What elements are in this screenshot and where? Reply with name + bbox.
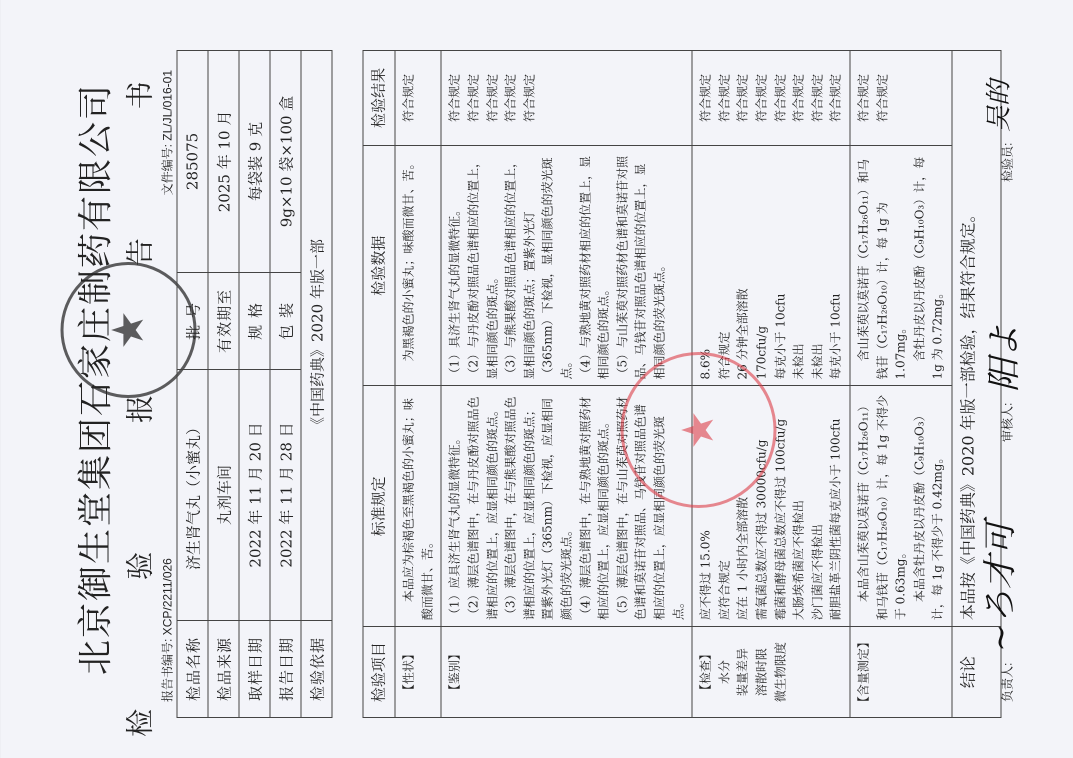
data-text: 每克小于 10cfu [826, 152, 845, 380]
section-row: 【性状】本品应为棕褐色至黑褐色的小蜜丸；味酸而微甘、苦。为黑褐色的小蜜丸；味酸而… [395, 51, 441, 718]
result-cell: 符合规定符合规定符合规定符合规定符合规定符合规定符合规定符合规定 [692, 51, 850, 146]
result-text: 符合规定 [771, 57, 790, 139]
document-title: 检 验 报 告 书 [118, 0, 158, 758]
result-text: 符合规定 [696, 57, 715, 139]
data-text: 170cfu/g [752, 152, 771, 380]
data-text: （2）与丹皮酚对照品色谱相应的位置上，显相同颜色的斑点。 [464, 152, 501, 380]
section-name: 【鉴别】 [445, 633, 464, 711]
result-cell: 符合规定符合规定符合规定符合规定符合规定 [441, 51, 692, 146]
standard-text: 应不得过 15.0% [696, 393, 715, 621]
file-number-value: ZL/JL/016-01 [160, 70, 174, 141]
data-cell: 8.6%符合规定26 分钟全部溶散170cfu/g每克小于 10cfu未检出未检… [692, 145, 850, 386]
standard-text: （4）薄层色谱图中，在与熟地黄对照药材相应的位置上，应显相同颜色的斑点。 [576, 393, 613, 621]
result-text: 符合规定 [399, 57, 418, 139]
result-text: 符合规定 [483, 57, 502, 139]
standard-text: 耐胆盐革兰阴性菌每克应小于 100cfu [826, 393, 845, 621]
basis-value: 《中国药典》2020 年版一部 [301, 51, 332, 621]
inspection-sections: 【性状】本品应为棕褐色至黑褐色的小蜜丸；味酸而微甘、苦。为黑褐色的小蜜丸；味酸而… [395, 51, 952, 718]
data-text: 未检出 [789, 152, 808, 380]
result-text: 符合规定 [445, 57, 464, 139]
section-row: 【含量测定】本品含山茱萸以莫诺苷（C₁₇H₂₆O₁₁）和马钱苷（C₁₇H₂₆O₁… [849, 51, 951, 718]
data-text: 含山茱萸以莫诺苷（C₁₇H₂₆O₁₁）和马钱苷（C₁₇H₂₆O₁₀）计，每 1g… [854, 152, 910, 380]
batch-label: 批 号 [177, 272, 208, 369]
header-result: 检验结果 [363, 51, 395, 146]
item-label: 装量差异 [733, 633, 752, 711]
expiry-label: 有效期至 [208, 272, 239, 369]
data-text: 每克小于 10cfu [771, 152, 790, 380]
reviewer-signature: 阳よ [976, 324, 1025, 392]
section-label-cell: 【检查】水分装量差异溶散时限微生物限度 [692, 627, 850, 718]
data-text: （5）与山茱萸对照药材色谱和莫诺苷对照品、马钱苷对照品色谱相应的位置上，显相同颜… [613, 152, 669, 380]
data-cell: 为黑褐色的小蜜丸；味酸而微甘、苦。 [395, 145, 441, 386]
responsible-signature: ~ろ才可 [972, 522, 1021, 653]
header-standard: 标准规定 [363, 386, 395, 627]
data-text: （3）与熊果酸对照品色谱相应的位置上，显相同颜色的斑点；置紫外光灯（365nm）… [501, 152, 575, 380]
inspector-signature: 吴的 [978, 80, 1015, 132]
batch-value: 285075 [177, 51, 208, 273]
data-text: 未检出 [808, 152, 827, 380]
result-cell: 符合规定 [395, 51, 441, 146]
spec-label: 规 格 [239, 272, 270, 369]
standard-text: 本品应为棕褐色至黑褐色的小蜜丸；味酸而微甘、苦。 [399, 393, 436, 621]
data-cell: （1）具济生肾气丸的显微特征。（2）与丹皮酚对照品色谱相应的位置上，显相同颜色的… [441, 145, 692, 386]
result-text: 符合规定 [808, 57, 827, 139]
report-number-value: XCP/2211/026 [160, 558, 174, 635]
section-label-cell: 【性状】 [395, 627, 441, 718]
result-text: 符合规定 [789, 57, 808, 139]
section-label-cell: 【含量测定】 [849, 627, 951, 718]
standard-text: 霉菌和酵母菌总数应不得过 100cfu/g [771, 393, 790, 621]
result-text: 符合规定 [464, 57, 483, 139]
inspector-label: 检验员: [998, 143, 1015, 182]
expiry-value: 2025 年 10 月 [208, 51, 239, 273]
section-name: 【含量测定】 [854, 633, 873, 711]
result-text: 符合规定 [854, 57, 873, 139]
standard-text: （5）薄层色谱图中，在与山茱萸对照药材色谱和莫诺苷对照品、马钱苷对照品色谱相应的… [613, 393, 687, 621]
report-page: 北京御生堂集团石家庄制药有限公司 检 验 报 告 书 ★ 报告书编号: XCP/… [0, 0, 1073, 758]
data-text: 符合规定 [715, 152, 734, 380]
product-name-value: 济生肾气丸（小蜜丸） [177, 369, 208, 620]
info-table: 检品名称 济生肾气丸（小蜜丸） 批 号 285075 检品来源 丸剂车间 有效期… [176, 50, 332, 718]
responsible-label: 负责人: [998, 663, 1015, 702]
item-label: 溶散时限 [752, 633, 771, 711]
section-label-cell: 【鉴别】 [441, 627, 692, 718]
data-text: 为黑褐色的小蜜丸；味酸而微甘、苦。 [399, 152, 418, 380]
basis-label: 检验依据 [301, 621, 332, 718]
header-data: 检验数据 [363, 145, 395, 386]
standard-text: 应在 1 小时内全部溶散 [733, 393, 752, 621]
result-text: 符合规定 [520, 57, 539, 139]
standard-text: （3）薄层色谱图中，在与熊果酸对照品色谱相应的位置上，应显相同颜色的斑点；置紫外… [501, 393, 575, 621]
result-text: 符合规定 [715, 57, 734, 139]
data-text: 含牡丹皮以丹皮酚（C₉H₁₀O₃）计，每 1g 为 0.72mg。 [910, 152, 947, 380]
report-number: 报告书编号: XCP/2211/026 [158, 558, 175, 702]
file-number: 文件编号: ZL/JL/016-01 [158, 70, 175, 195]
item-label: 微生物限度 [771, 633, 790, 711]
result-text: 符合规定 [752, 57, 771, 139]
company-title: 北京御生堂集团石家庄制药有限公司 [68, 0, 118, 758]
standard-cell: 本品应为棕褐色至黑褐色的小蜜丸；味酸而微甘、苦。 [395, 386, 441, 627]
standard-cell: 应不得过 15.0%应符合规定应在 1 小时内全部溶散需氧菌总数应不得过 300… [692, 386, 850, 627]
standard-text: 大肠埃希菌应不得检出 [789, 393, 808, 621]
standard-text: （1）应具济生肾气丸的显微特征。 [445, 393, 464, 621]
result-cell: 符合规定符合规定 [849, 51, 951, 146]
result-text: 符合规定 [733, 57, 752, 139]
section-name: 【检查】 [696, 633, 715, 711]
data-text: 26 分钟全部溶散 [733, 152, 752, 380]
section-name: 【性状】 [399, 633, 418, 711]
result-text: 符合规定 [873, 57, 892, 139]
result-text: 符合规定 [826, 57, 845, 139]
data-text: （1）具济生肾气丸的显微特征。 [445, 152, 464, 380]
report-date-value: 2022 年 11 月 28 日 [270, 369, 301, 620]
report-number-label: 报告书编号: [160, 639, 174, 702]
standard-text: 沙门菌应不得检出 [808, 393, 827, 621]
report-date-label: 报告日期 [270, 621, 301, 718]
package-value: 9g×10 袋×100 盒 [270, 51, 301, 273]
sampling-date-label: 取样日期 [239, 621, 270, 718]
standard-cell: （1）应具济生肾气丸的显微特征。（2）薄层色谱图中，在与丹皮酚对照品色谱相应的位… [441, 386, 692, 627]
standard-text: 本品含山茱萸以莫诺苷（C₁₇H₂₆O₁₁）和马钱苷（C₁₇H₂₆O₁₀）计，每 … [854, 393, 910, 621]
reviewer-label: 审核人: [998, 403, 1015, 442]
result-text: 符合规定 [501, 57, 520, 139]
spec-value: 每袋装 9 克 [239, 51, 270, 273]
standard-text: （2）薄层色谱图中，在与丹皮酚对照品色谱相应的位置上，应显相同颜色的斑点。 [464, 393, 501, 621]
product-name-label: 检品名称 [177, 621, 208, 718]
source-label: 检品来源 [208, 621, 239, 718]
sampling-date-value: 2022 年 11 月 20 日 [239, 369, 270, 620]
data-text: 8.6% [696, 152, 715, 380]
data-text: （4）与熟地黄对照药材相应的位置上，显相同颜色的斑点。 [576, 152, 613, 380]
standard-text: 需氧菌总数应不得过 30000cfu/g [752, 393, 771, 621]
standard-text: 本品含牡丹皮以丹皮酚（C₉H₁₀O₃）计，每 1g 不得少于 0.42mg。 [910, 393, 947, 621]
section-row: 【鉴别】（1）应具济生肾气丸的显微特征。（2）薄层色谱图中，在与丹皮酚对照品色谱… [441, 51, 692, 718]
file-number-label: 文件编号: [160, 144, 174, 195]
package-label: 包 装 [270, 272, 301, 369]
inspection-table: 检验项目 标准规定 检验数据 检验结果 【性状】本品应为棕褐色至黑褐色的小蜜丸；… [362, 50, 1001, 718]
source-value: 丸剂车间 [208, 369, 239, 620]
standard-text: 应符合规定 [715, 393, 734, 621]
header-item: 检验项目 [363, 627, 395, 718]
item-label: 水分 [715, 633, 734, 711]
section-row: 【检查】水分装量差异溶散时限微生物限度应不得过 15.0%应符合规定应在 1 小… [692, 51, 850, 718]
standard-cell: 本品含山茱萸以莫诺苷（C₁₇H₂₆O₁₁）和马钱苷（C₁₇H₂₆O₁₀）计，每 … [849, 386, 951, 627]
data-cell: 含山茱萸以莫诺苷（C₁₇H₂₆O₁₁）和马钱苷（C₁₇H₂₆O₁₀）计，每 1g… [849, 145, 951, 386]
